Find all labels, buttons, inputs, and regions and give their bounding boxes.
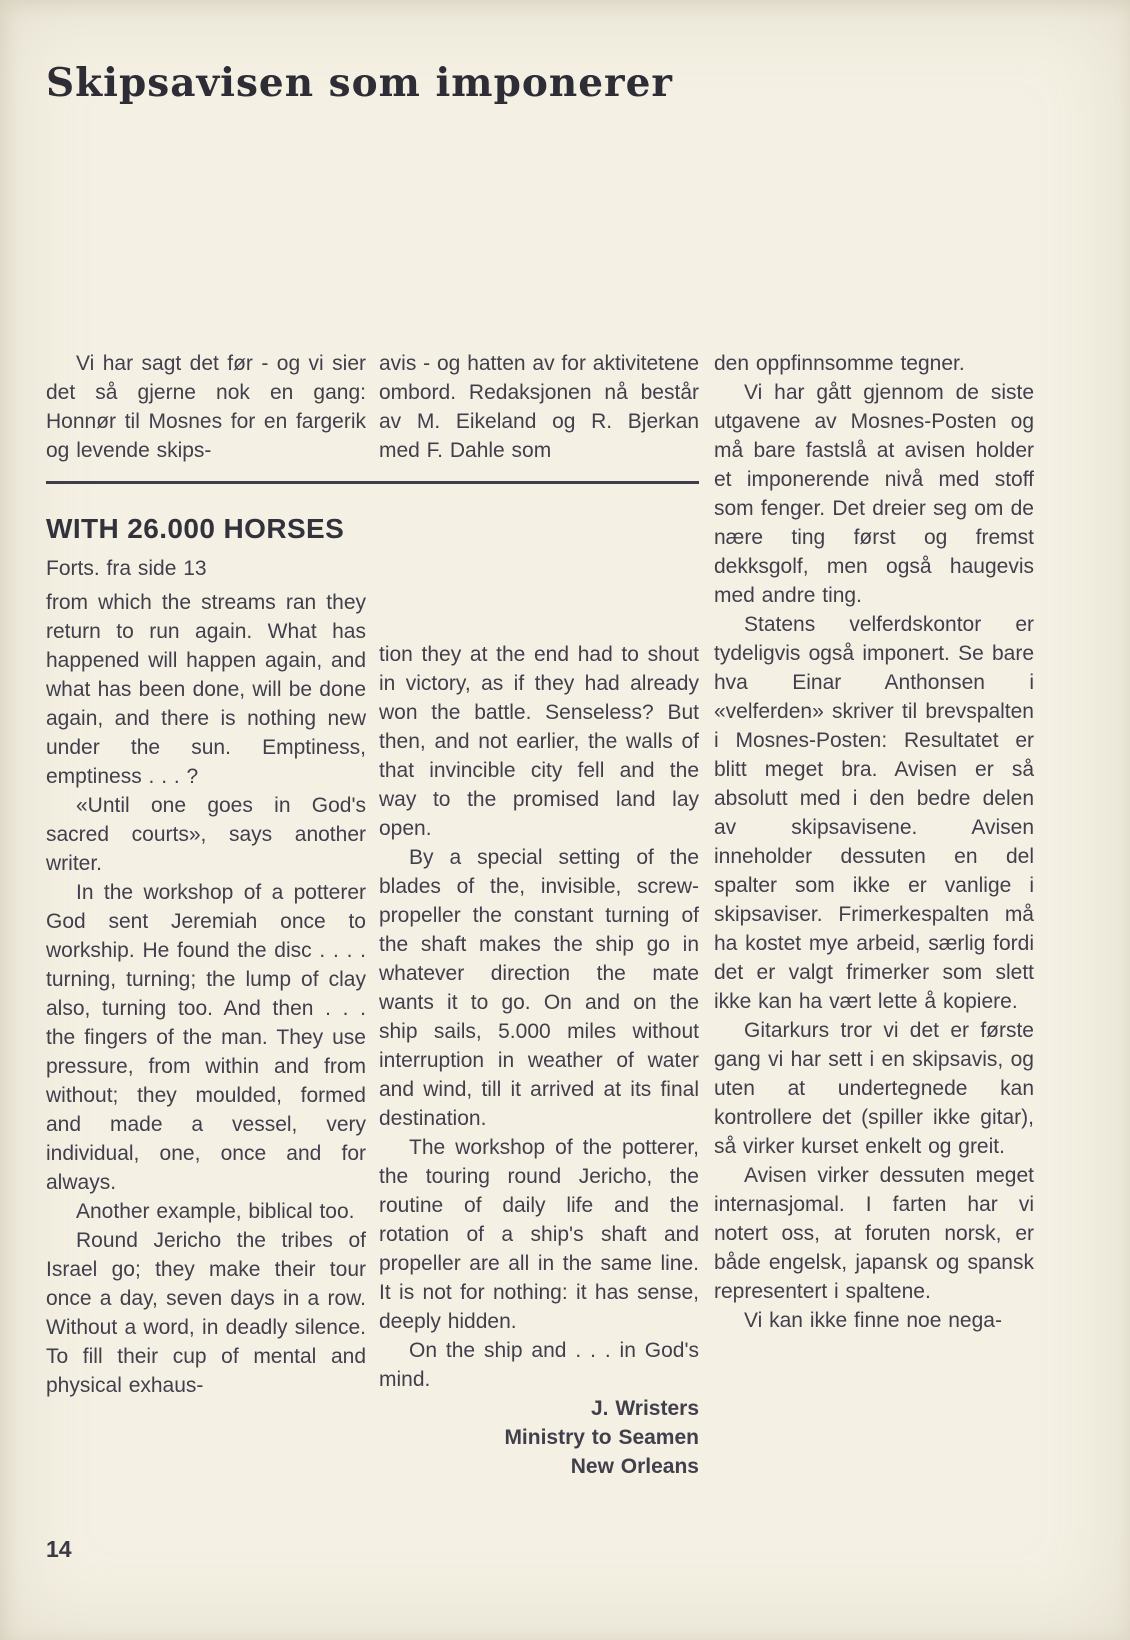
paragraph: Avisen virker dessuten meget internasjom… [714,1161,1034,1306]
left-two-columns: Vi har sagt det før - og vi sier det så … [46,349,699,1481]
paragraph: The workshop of the potterer, the tourin… [379,1133,699,1336]
signature-organization: Ministry to Seamen [379,1423,699,1452]
paragraph: Gitarkurs tror vi det er første gang vi … [714,1016,1034,1161]
paragraph: «Until one goes in God's sacred courts»,… [46,791,366,878]
article-column-1: from which the streams ran they return t… [46,588,366,1481]
intro-paragraph-col2: avis - og hatten av for aktivitetene omb… [379,349,699,465]
paragraph: On the ship and . . . in God's mind. [379,1336,699,1394]
continuation-note: Forts. fra side 13 [46,554,699,583]
paragraph: Round Jericho the tribes of Israel go; t… [46,1226,366,1400]
signature-location: New Orleans [379,1452,699,1481]
paragraph: In the workshop of a potterer God sent J… [46,878,366,1197]
article-column-2: tion they at the end had to shout in vic… [379,588,699,1481]
content-columns: Vi har sagt det før - og vi sier det så … [46,349,1034,1481]
page-number: 14 [46,1536,72,1563]
intro-section: Vi har sagt det før - og vi sier det så … [46,349,699,465]
article-heading: WITH 26.000 HORSES [46,513,699,545]
paragraph: Vi har gått gjennom de siste utgavene av… [714,378,1034,610]
scanned-magazine-page: Skipsavisen som imponerer Vi har sagt de… [0,0,1130,1640]
intro-paragraph-col1: Vi har sagt det før - og vi sier det så … [46,349,366,465]
page-title: Skipsavisen som imponerer [46,60,1034,106]
paragraph: Statens velferdskontor er tydeligvis ogs… [714,610,1034,1016]
paragraph: den oppfinnsomme tegner. [714,349,1034,378]
section-divider [46,481,699,484]
right-column: den oppfinnsomme tegner. Vi har gått gje… [714,349,1034,1481]
paragraph: tion they at the end had to shout in vic… [379,640,699,843]
signature-block: J. Wristers Ministry to Seamen New Orlea… [379,1394,699,1481]
paragraph: By a special setting of the blades of th… [379,843,699,1133]
paragraph: from which the streams ran they return t… [46,588,366,791]
signature-name: J. Wristers [379,1394,699,1423]
paragraph: Vi kan ikke finne noe nega- [714,1306,1034,1335]
paragraph: Another example, biblical too. [46,1197,366,1226]
article-body: from which the streams ran they return t… [46,588,699,1481]
